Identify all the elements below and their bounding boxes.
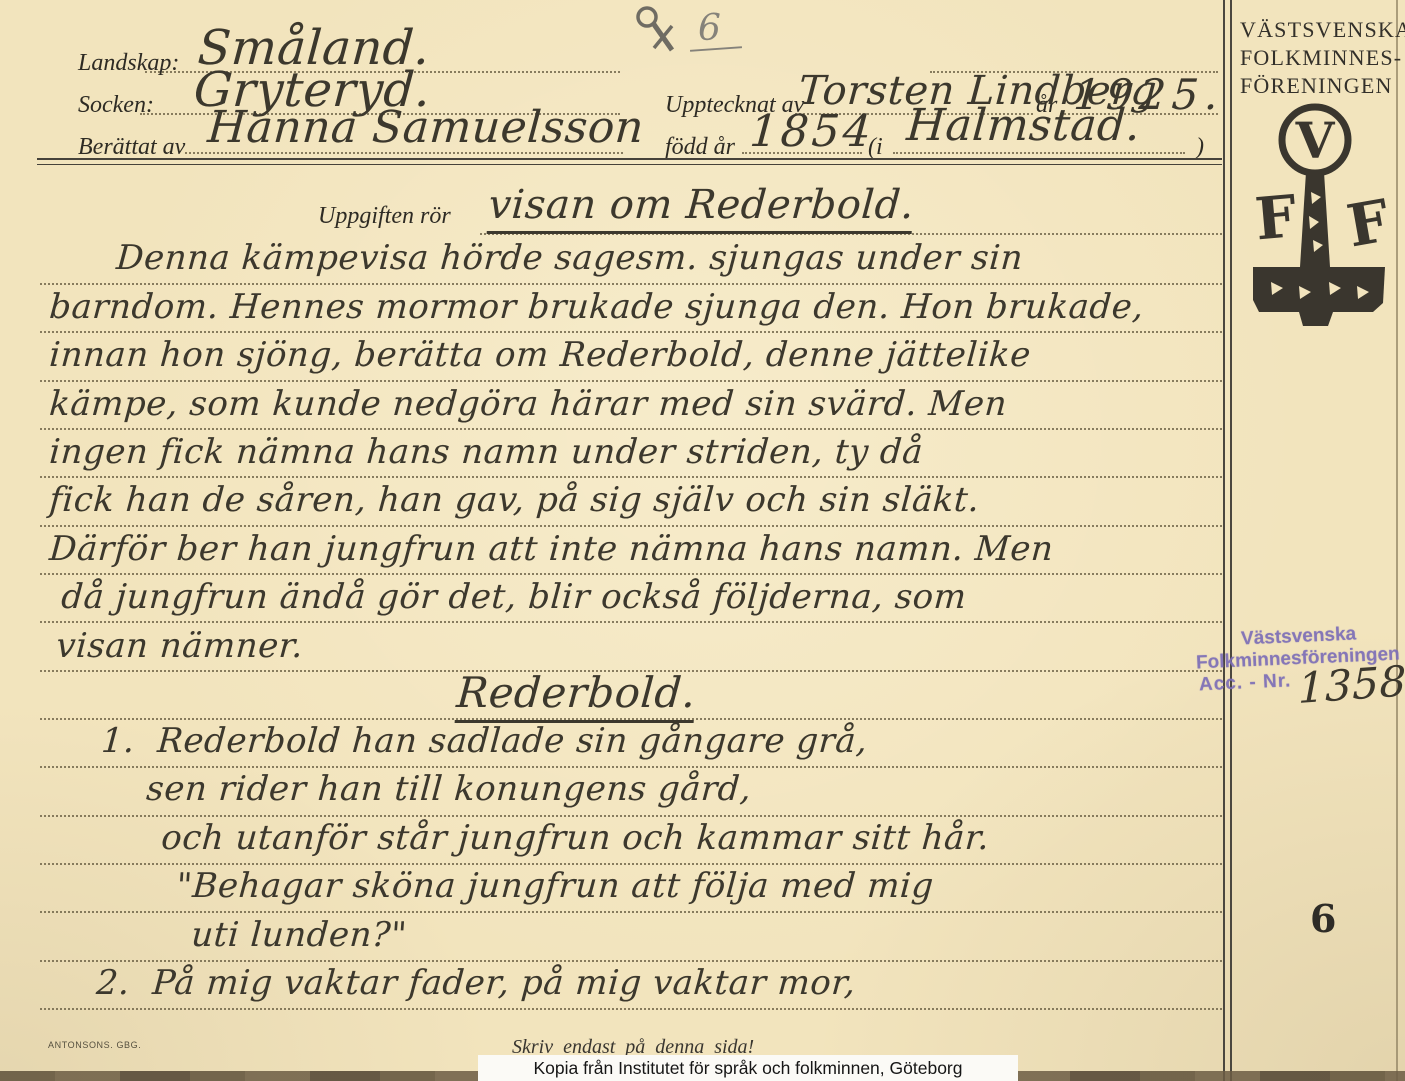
logo-letter-f-left: F <box>1252 182 1299 253</box>
berattat-value: Hanna Samuelsson <box>206 102 646 153</box>
ruled-line <box>40 863 1222 865</box>
ruled-line <box>40 960 1222 962</box>
body-line: barndom. Hennes mormor brukade sjunga de… <box>48 287 1145 327</box>
ruled-line <box>40 1008 1222 1010</box>
page-number: 6 <box>1310 896 1336 941</box>
ruled-line <box>893 152 1185 154</box>
body-line: då jungfrun ändå gör det, blir också föl… <box>60 577 968 617</box>
body-line: ingen fick nämna hans namn under striden… <box>48 432 924 472</box>
verse-number: 2. <box>95 963 131 1003</box>
organization-name: VÄSTSVENSKA FOLKMINNES- FÖRENINGEN <box>1240 16 1405 100</box>
body-line: Därför ber han jungfrun att inte nämna h… <box>48 529 1055 569</box>
birth-year-value: 1854 <box>748 106 876 157</box>
header-divider-rule <box>37 158 1222 165</box>
ruled-line <box>40 428 1222 430</box>
sidebar-divider-line <box>1223 0 1232 1081</box>
pencil-crossed-out-mark <box>632 4 698 60</box>
ruled-line <box>40 766 1222 768</box>
verse-line: 2. På mig vaktar fader, på mig vaktar mo… <box>95 963 857 1003</box>
logo-letter-v: V <box>1295 111 1336 170</box>
ruled-line <box>40 525 1222 527</box>
logo-letter-f-right: F <box>1342 186 1394 260</box>
verse-line: sen rider han till konungens gård, <box>145 769 753 809</box>
verse-line: 1. Rederbold han sadlade sin gångare grå… <box>100 721 869 761</box>
vff-thors-hammer-logo: V F F <box>1243 100 1395 335</box>
body-line: innan hon sjöng, berätta om Rederbold, d… <box>48 335 1032 375</box>
ruled-line <box>40 911 1222 913</box>
ruled-line <box>40 283 1222 285</box>
ruled-line <box>40 476 1222 478</box>
verse-line: uti lunden?" <box>190 915 408 955</box>
song-title: Rederbold. <box>455 668 698 717</box>
document-page: Landskap: Socken: Berättat av Upptecknat… <box>0 0 1405 1081</box>
ruled-line <box>40 380 1222 382</box>
subject-value: visan om Rederbold. <box>487 182 916 228</box>
birthplace-value: Halmstad. <box>905 100 1142 151</box>
paper-right-edge <box>1396 0 1398 1081</box>
verse-line: och utanför står jungfrun och kammar sit… <box>160 818 991 858</box>
ruled-line <box>40 573 1222 575</box>
archive-copy-note: Kopia från Institutet för språk och folk… <box>478 1055 1018 1081</box>
uppgiften-ror-label: Uppgiften rör <box>318 203 451 230</box>
ruled-line <box>40 815 1222 817</box>
verse-line: "Behagar sköna jungfrun att följa med mi… <box>175 866 935 906</box>
berattat-label: Berättat av <box>78 134 185 161</box>
fodd-ar-label: född år <box>665 134 735 161</box>
accession-number: 1358. <box>1298 655 1405 713</box>
body-line: Denna kämpevisa hörde sagesm. sjungas un… <box>115 238 1024 278</box>
body-line: kämpe, som kunde nedgöra härar med sin s… <box>48 384 1008 424</box>
birthplace-close-paren: ) <box>1196 134 1204 161</box>
body-line: visan nämner. <box>55 626 305 666</box>
printer-mark: ANTONSONS. GBG. <box>48 1040 141 1050</box>
body-line: fick han de såren, han gav, på sig själv… <box>48 480 981 520</box>
ruled-line <box>40 621 1222 623</box>
pencil-page-number: 6 <box>698 8 721 49</box>
ruled-line <box>40 331 1222 333</box>
verse-number: 1. <box>100 721 136 761</box>
